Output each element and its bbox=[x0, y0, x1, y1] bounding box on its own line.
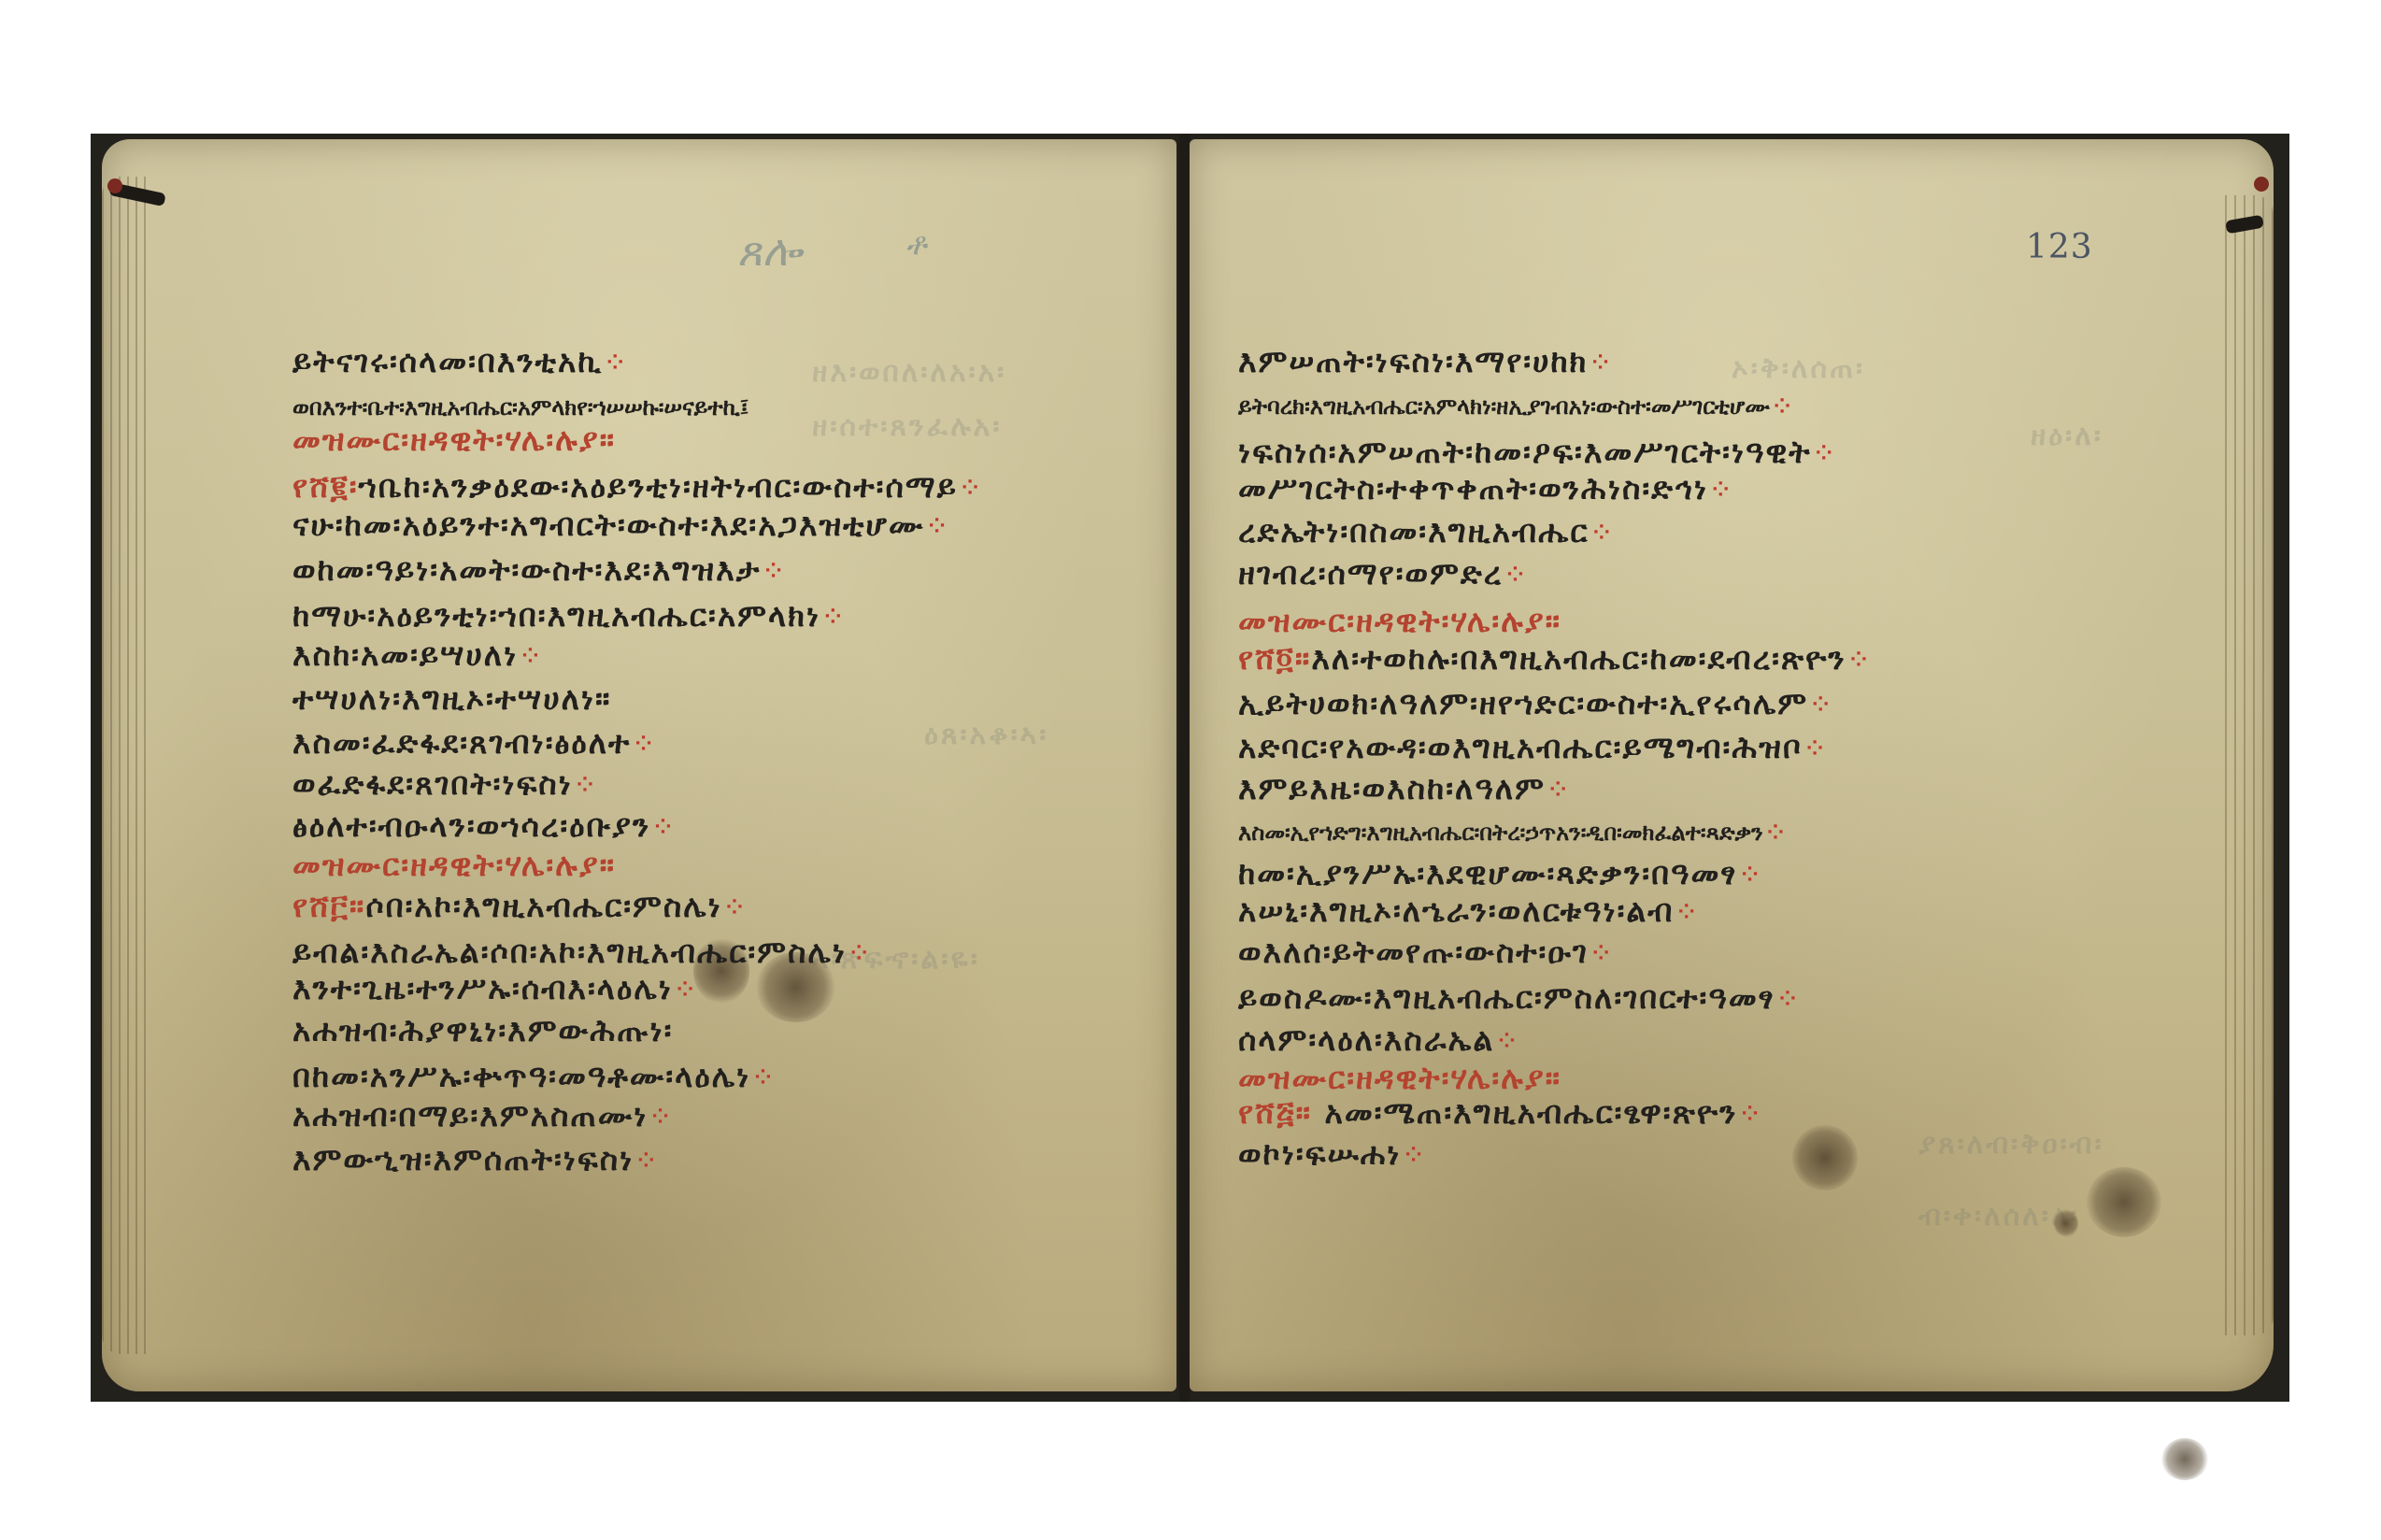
line-text: አድባር፡የአውዳ፡ወእግዚአብሔር፡ይሜግብ፡ሕዝቦ bbox=[1238, 729, 1803, 765]
manuscript-line: ወከመ፡ዓይነ፡አመት፡ውስተ፡እደ፡እግዝእታ⁘ bbox=[292, 551, 784, 591]
line-text: ይብል፡እስራኤል፡ሶበ፡አኮ፡እግዚአብሔር፡ምስሌነ bbox=[292, 934, 847, 970]
rubric-text: መዝሙር፡ዘዳዊት፡ሃሌ፡ሉያ። bbox=[1238, 603, 1561, 639]
manuscript-line: መዝሙር፡ዘዳዊት፡ሃሌ፡ሉያ። bbox=[1238, 603, 1561, 640]
manuscript-line: መዝሙር፡ዘዳዊት፡ሃሌ፡ሉያ። bbox=[1238, 1060, 1561, 1097]
binding-thread-red bbox=[107, 178, 122, 193]
manuscript-line: ረድኤትነ፡በስመ፡እግዚአብሔር⁘ bbox=[1238, 513, 1612, 552]
line-text: ሶበ፡አኮ፡እግዚአብሔር፡ምስሌነ bbox=[365, 888, 721, 924]
verse-separator-icon: ⁘ bbox=[754, 1066, 773, 1090]
manuscript-line: መሥገርትስ፡ተቀጥቀጠት፡ወንሕነስ፡ድኅነ⁘ bbox=[1238, 470, 1731, 509]
line-text: እስከ፡አመ፡ይሣሀለነ bbox=[292, 636, 518, 673]
ink-stain bbox=[2161, 1438, 2208, 1480]
verse-separator-icon: ⁘ bbox=[1812, 693, 1831, 717]
manuscript-line: እምሠጠት፡ነፍስነ፡እማየ፡ሀከክ⁘ bbox=[1238, 343, 1611, 382]
manuscript-line: ተሣሀለነ፡እግዚኦ፡ተሣሀለነ። bbox=[292, 680, 611, 718]
manuscript-line: መዝሙር፡ዘዳዊት፡ሃሌ፡ሉያ። bbox=[292, 421, 616, 459]
bleed-through-text: ዘእ፡ወበለ፡ለአ፡አ፡ bbox=[812, 356, 1006, 389]
line-text: ወፈድፋደ፡ጸገበት፡ነፍስነ bbox=[292, 765, 573, 802]
manuscript-line: አድባር፡የአውዳ፡ወእግዚአብሔር፡ይሜግብ፡ሕዝቦ⁘ bbox=[1238, 729, 1825, 768]
left-page: ዘእ፡ወበለ፡ለአ፡አ፡ ዘ፡ሰተ፡ጸንፈሉአ፡ ዕጸ፡አቆ፡ኣ፡ ኣ፡ጽፍኆ፡… bbox=[102, 139, 1176, 1391]
rubric-text: መዝሙር፡ዘዳዊት፡ሃሌ፡ሉያ። bbox=[1238, 1060, 1561, 1096]
manuscript-line: ሰላም፡ላዕለ፡እስራኤል⁘ bbox=[1238, 1021, 1518, 1061]
right-page: ኦ፡ቅ፡ለሰጠ፡ ዘዕ፡ለ፡ ያጸ፡ለብ፡ቅዐ፡ብ፡ ብ፡ቀ፡ለሰለ፡ለ፡ 12… bbox=[1190, 139, 2274, 1391]
line-text: መሥገርትስ፡ተቀጥቀጠት፡ወንሕነስ፡ድኅነ bbox=[1238, 470, 1708, 506]
verse-separator-icon: ⁘ bbox=[606, 351, 625, 375]
verse-separator-icon: ⁘ bbox=[1741, 1103, 1760, 1126]
line-text: ተሣሀለነ፡እግዚኦ፡ተሣሀለነ። bbox=[292, 680, 611, 717]
bleed-through-text: ዕጸ፡አቆ፡ኣ፡ bbox=[924, 719, 1048, 751]
manuscript-line: ፅዕለተ፡ብዑላን፡ወኀሳረ፡ዕቡያን⁘ bbox=[292, 807, 674, 847]
manuscript-line: አሐዝብ፡ሕያዋኒነ፡እምውሕጡነ፡ bbox=[292, 1012, 673, 1049]
page-number: 123 bbox=[2026, 228, 2093, 266]
line-text: እስመ፡ፈድፋደ፡ጸገብነ፡ፅዕለተ bbox=[292, 724, 631, 761]
verse-separator-icon: ⁘ bbox=[1774, 395, 1790, 419]
manuscript-line: ይትናገሩ፡ሰላመ፡በእንቲአኪ⁘ bbox=[292, 343, 625, 382]
manuscript-line: ወበእንተ፡ቤተ፡እግዚአብሔር፡አምላክየ፡ኀሠሠኩ፡ሠናይተኪ፤ bbox=[292, 389, 749, 426]
bleed-through-text: ኦ፡ቅ፡ለሰጠ፡ bbox=[1732, 352, 1865, 385]
verse-separator-icon: ⁘ bbox=[637, 1149, 656, 1173]
manuscript-line: የሸ፬።እለ፡ተወከሉ፡በእግዚአብሔር፡ከመ፡ደብረ፡ጽዮን⁘ bbox=[1238, 640, 1869, 679]
rubric-text: መዝሙር፡ዘዳዊት፡ሃሌ፡ሉያ። bbox=[292, 847, 616, 883]
verse-separator-icon: ⁘ bbox=[577, 774, 595, 797]
manuscript-line: አሐዝብ፡በማይ፡እምአስጠሙነ⁘ bbox=[292, 1097, 671, 1136]
manuscript-line: ናሁ፡ከመ፡አዕይንተ፡አግብርት፡ውስተ፡እደ፡አጋእዝቲሆሙ⁘ bbox=[292, 506, 948, 546]
verse-separator-icon: ⁘ bbox=[677, 978, 695, 1002]
verse-separator-icon: ⁘ bbox=[1712, 478, 1731, 502]
bleed-through-text: ዘ፡ሰተ፡ጸንፈሉአ፡ bbox=[812, 410, 1002, 443]
verse-separator-icon: ⁘ bbox=[726, 896, 745, 920]
manuscript-line: ይብል፡እስራኤል፡ሶበ፡አኮ፡እግዚአብሔር፡ምስሌነ⁘ bbox=[292, 934, 869, 973]
line-text: ነፍስነሰ፡አምሠጠት፡ከመ፡ዖፍ፡እመሥገርት፡ነዓዊት bbox=[1238, 434, 1812, 470]
verse-separator-icon: ⁘ bbox=[1767, 821, 1784, 845]
manuscript-line: እስመ፡ኢየኀድግ፡እግዚአብሔር፡በትረ፡ኃጥአን፡ዲበ፡መክፈልተ፡ጻድቃን… bbox=[1238, 814, 1784, 852]
line-text: ናሁ፡ከመ፡አዕይንተ፡አግብርት፡ውስተ፡እደ፡አጋእዝቲሆሙ bbox=[292, 506, 924, 543]
verse-separator-icon: ⁘ bbox=[1741, 863, 1760, 887]
rubric-text: የሸ፬። bbox=[1238, 640, 1311, 677]
margin-mark: ጸሎ bbox=[737, 225, 802, 278]
manuscript-line: ወፈድፋደ፡ጸገበት፡ነፍስነ⁘ bbox=[292, 765, 595, 805]
line-text: እለ፡ተወከሉ፡በእግዚአብሔር፡ከመ፡ደብረ፡ጽዮን bbox=[1311, 640, 1846, 677]
verse-separator-icon: ⁘ bbox=[1506, 563, 1525, 587]
line-text: እምውኂዝ፡እምሰጠት፡ነፍስነ bbox=[292, 1141, 634, 1177]
manuscript-line: አሠኒ፡እግዚኦ፡ለኄራን፡ወለርቱዓነ፡ልብ⁘ bbox=[1238, 892, 1697, 932]
manuscript-line: እምይእዜ፡ወእስከ፡ለዓለም⁘ bbox=[1238, 770, 1568, 809]
manuscript-line: እምውኂዝ፡እምሰጠት፡ነፍስነ⁘ bbox=[292, 1141, 657, 1180]
manuscript-line: የሸ፭። አመ፡ሜጠ፡እግዚአብሔር፡ፄዋ፡ጽዮን⁘ bbox=[1238, 1094, 1761, 1134]
line-text: ኢይትሀወክ፡ለዓለም፡ዘየኀድር፡ውስተ፡ኢየሩሳሌም bbox=[1238, 685, 1808, 721]
line-text: እስመ፡ኢየኀድግ፡እግዚአብሔር፡በትረ፡ኃጥአን፡ዲበ፡መክፈልተ፡ጻድቃን bbox=[1238, 820, 1763, 846]
manuscript-line: ኢይትሀወክ፡ለዓለም፡ዘየኀድር፡ውስተ፡ኢየሩሳሌም⁘ bbox=[1238, 685, 1831, 724]
verse-separator-icon: ⁘ bbox=[1549, 778, 1568, 802]
verse-separator-icon: ⁘ bbox=[1592, 942, 1611, 965]
line-text: ወእለሰ፡ይትመየጡ፡ውስተ፡ዑገ bbox=[1238, 934, 1589, 970]
rubric-text: መዝሙር፡ዘዳዊት፡ሃሌ፡ሉያ። bbox=[292, 421, 616, 458]
line-text: አሐዝብ፡ሕያዋኒነ፡እምውሕጡነ፡ bbox=[292, 1012, 673, 1048]
verse-separator-icon: ⁘ bbox=[824, 606, 843, 629]
manuscript-scan: ዘእ፡ወበለ፡ለአ፡አ፡ ዘ፡ሰተ፡ጸንፈሉአ፡ ዕጸ፡አቆ፡ኣ፡ ኣ፡ጽፍኆ፡… bbox=[91, 134, 2289, 1402]
manuscript-line: መዝሙር፡ዘዳዊት፡ሃሌ፡ሉያ። bbox=[292, 847, 616, 884]
manuscript-line: የሸ፪፡ኀቤከ፡አንቃዕደው፡አዕይንቲነ፡ዘትነብር፡ውስተ፡ሰማይ⁘ bbox=[292, 468, 980, 507]
verse-separator-icon: ⁘ bbox=[634, 733, 653, 756]
line-text: ወበእንተ፡ቤተ፡እግዚአብሔር፡አምላክየ፡ኀሠሠኩ፡ሠናይተኪ፤ bbox=[292, 394, 749, 421]
line-text: ወኮነ፡ፍሡሐነ bbox=[1238, 1135, 1401, 1172]
manuscript-line: እንተ፡ጊዜ፡ተንሥኡ፡ሰብእ፡ላዕሌነ⁘ bbox=[292, 970, 695, 1009]
verse-separator-icon: ⁘ bbox=[651, 1105, 670, 1129]
line-text: ወከመ፡ዓይነ፡አመት፡ውስተ፡እደ፡እግዝእታ bbox=[292, 551, 761, 588]
verse-separator-icon: ⁘ bbox=[1404, 1144, 1423, 1167]
rubric-text: የሸ፪፡ bbox=[292, 468, 359, 505]
line-text: በከመ፡አንሥኡ፡ቍጥዓ፡መዓቶሙ፡ላዕሌነ bbox=[292, 1058, 750, 1094]
verse-separator-icon: ⁘ bbox=[1779, 988, 1798, 1011]
margin-mark: ቶ bbox=[905, 225, 926, 263]
manuscript-line: እስመ፡ፈድፋደ፡ጸገብነ፡ፅዕለተ⁘ bbox=[292, 724, 654, 763]
bleed-through-text: ዘዕ፡ለ፡ bbox=[2031, 420, 2103, 452]
line-text: እምይእዜ፡ወእስከ፡ለዓለም bbox=[1238, 770, 1546, 806]
line-text: ይወስዶሙ፡እግዚአብሔር፡ምስለ፡ገበርተ፡ዓመፃ bbox=[1238, 979, 1775, 1016]
manuscript-line: ይወስዶሙ፡እግዚአብሔር፡ምስለ፡ገበርተ፡ዓመፃ⁘ bbox=[1238, 979, 1798, 1019]
ink-stain bbox=[1792, 1125, 1858, 1191]
verse-separator-icon: ⁘ bbox=[1498, 1030, 1517, 1053]
line-text: ይትባረክ፡እግዚአብሔር፡አምላክነ፡ዘኢያገብአነ፡ውስተ፡መሥገርቲሆሙ bbox=[1238, 393, 1770, 420]
line-text: አመ፡ሜጠ፡እግዚአብሔር፡ፄዋ፡ጽዮን bbox=[1324, 1094, 1737, 1131]
manuscript-line: ወኮነ፡ፍሡሐነ⁘ bbox=[1238, 1135, 1424, 1175]
line-text: እንተ፡ጊዜ፡ተንሥኡ፡ሰብእ፡ላዕሌነ bbox=[292, 970, 673, 1006]
line-text: ረድኤትነ፡በስመ፡እግዚአብሔር bbox=[1238, 513, 1590, 549]
manuscript-line: ዘገብረ፡ሰማየ፡ወምድረ⁘ bbox=[1238, 555, 1526, 594]
manuscript-line: እስከ፡አመ፡ይሣሀለነ⁘ bbox=[292, 636, 541, 676]
rubric-text: የሸ፭። bbox=[1238, 1094, 1324, 1131]
verse-separator-icon: ⁘ bbox=[654, 816, 673, 839]
verse-separator-icon: ⁘ bbox=[1850, 649, 1869, 672]
ink-stain bbox=[2087, 1167, 2161, 1237]
rubric-text: የሸ፫። bbox=[292, 888, 365, 924]
verse-separator-icon: ⁘ bbox=[1678, 901, 1697, 924]
verse-separator-icon: ⁘ bbox=[928, 515, 947, 538]
bleed-through-text: ያጸ፡ለብ፡ቅዐ፡ብ፡ bbox=[1918, 1128, 2104, 1161]
verse-separator-icon: ⁘ bbox=[1816, 442, 1834, 465]
manuscript-line: የሸ፫።ሶበ፡አኮ፡እግዚአብሔር፡ምስሌነ⁘ bbox=[292, 888, 745, 927]
manuscript-line: ከመ፡ኢያንሥኡ፡እደዊሆሙ፡ጻድቃን፡በዓመፃ⁘ bbox=[1238, 855, 1761, 894]
manuscript-line: ወእለሰ፡ይትመየጡ፡ውስተ፡ዑገ⁘ bbox=[1238, 934, 1611, 973]
line-text: ኀቤከ፡አንቃዕደው፡አዕይንቲነ፡ዘትነብር፡ውስተ፡ሰማይ bbox=[359, 468, 958, 505]
line-text: ይትናገሩ፡ሰላመ፡በእንቲአኪ bbox=[292, 343, 603, 379]
line-text: ፅዕለተ፡ብዑላን፡ወኀሳረ፡ዕቡያን bbox=[292, 807, 650, 844]
line-text: አሐዝብ፡በማይ፡እምአስጠሙነ bbox=[292, 1097, 648, 1134]
manuscript-line: ነፍስነሰ፡አምሠጠት፡ከመ፡ዖፍ፡እመሥገርት፡ነዓዊት⁘ bbox=[1238, 434, 1834, 473]
ink-stain bbox=[2054, 1209, 2078, 1237]
manuscript-line: በከመ፡አንሥኡ፡ቍጥዓ፡መዓቶሙ፡ላዕሌነ⁘ bbox=[292, 1058, 774, 1097]
verse-separator-icon: ⁘ bbox=[1593, 521, 1612, 545]
verse-separator-icon: ⁘ bbox=[850, 942, 869, 965]
line-text: ከማሁ፡አዕይንቲነ፡ኀበ፡እግዚአብሔር፡አምላክነ bbox=[292, 597, 820, 634]
binding-thread-red bbox=[2254, 177, 2269, 192]
verse-separator-icon: ⁘ bbox=[962, 477, 980, 500]
manuscript-line: ከማሁ፡አዕይንቲነ፡ኀበ፡እግዚአብሔር፡አምላክነ⁘ bbox=[292, 597, 844, 636]
line-text: እምሠጠት፡ነፍስነ፡እማየ፡ሀከክ bbox=[1238, 343, 1588, 379]
verse-separator-icon: ⁘ bbox=[1806, 737, 1825, 761]
manuscript-line: ይትባረክ፡እግዚአብሔር፡አምላክነ፡ዘኢያገብአነ፡ውስተ፡መሥገርቲሆሙ⁘ bbox=[1238, 388, 1790, 426]
line-text: አሠኒ፡እግዚኦ፡ለኄራን፡ወለርቱዓነ፡ልብ bbox=[1238, 892, 1675, 929]
verse-separator-icon: ⁘ bbox=[1591, 351, 1610, 375]
verse-separator-icon: ⁘ bbox=[521, 645, 540, 668]
line-text: ዘገብረ፡ሰማየ፡ወምድረ bbox=[1238, 555, 1503, 592]
line-text: ከመ፡ኢያንሥኡ፡እደዊሆሙ፡ጻድቃን፡በዓመፃ bbox=[1238, 855, 1737, 891]
line-text: ሰላም፡ላዕለ፡እስራኤል bbox=[1238, 1021, 1494, 1058]
verse-separator-icon: ⁘ bbox=[764, 560, 783, 583]
